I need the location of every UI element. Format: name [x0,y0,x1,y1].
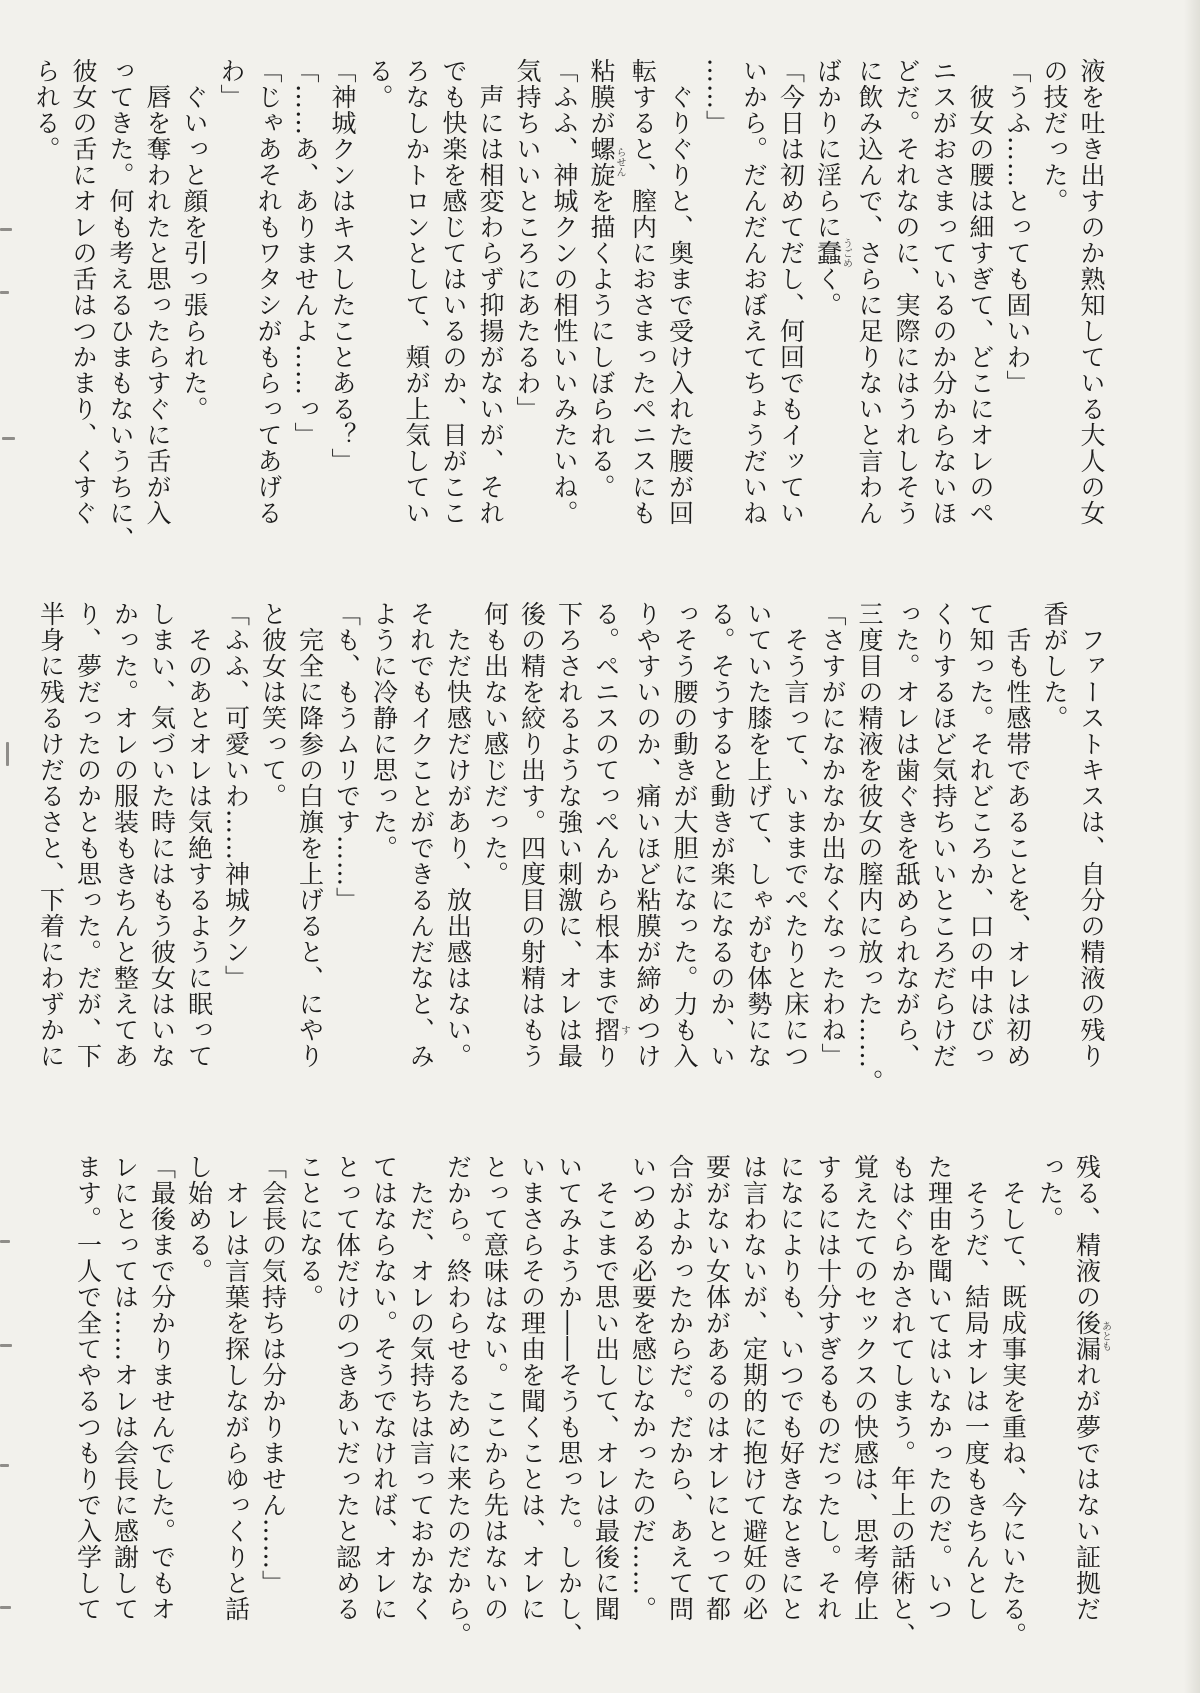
text-column: そこまで思い出して、オレは最後に聞 [588,1154,625,1652]
text-column: てはならない。そうでなければ、オレに [366,1154,403,1626]
text-column: る。 [361,58,398,530]
text-column: 残る、精液の後漏あともれが夢ではない証拠だ [1069,1154,1111,1626]
text-column: オレは言葉を探しながらゆっくりと話 [218,1154,255,1652]
text-column: いてみようか――そうも思った。しかし、 [551,1154,588,1626]
text-column: 「……あ、ありませんよ……っ」 [287,58,324,530]
text-column: ぐいっと顔を引っ張られた。 [176,58,213,556]
text-column: になによりも、いつでも好きなときにと [773,1154,810,1626]
text-column: ……」 [699,58,736,530]
scan-artifact [2,437,15,440]
text-column: 下ろされるような強い刺激に、オレは最 [551,601,588,1073]
text-column: り、夢だったのかとも思った。だが、下 [70,601,107,1073]
text-column: ばかりに淫らに蠢うごめく。 [810,58,852,530]
furigana-annotation: 後漏あとも [1073,1310,1102,1362]
text-column: 「も、もうムリです……」 [329,601,366,1073]
text-column: ニスがおさまっているのか分からないほ [925,58,962,530]
text-column: そのあとオレは気絶するように眠って [181,601,218,1099]
text-column: 香がした。 [1036,601,1073,1073]
text-column: 声には相変わらず抑揚がないが、それ [472,58,509,556]
text-column: 「ふふ、神城クンの相性いいみたいね。 [546,58,583,530]
text-column: だから。終わらせるために来たのだから。 [440,1154,477,1626]
scan-artifact [0,291,9,294]
text-column: 完全に降参の白旗を上げると、にやり [292,601,329,1099]
text-column: とって意味はない。ここから先はないの [477,1154,514,1626]
text-column: 唇を奪われたと思ったらすぐに舌が入 [139,58,176,556]
text-column: しまい、気づいた時にはもう彼女はいな [144,601,181,1073]
text-column: 半身に残るけだるさと、下着にわずかに [33,601,70,1073]
furigana-annotation: 摺す [592,1017,621,1043]
furigana-annotation: 蠢うごめ [814,240,843,266]
text-column: ってきた。何も考えるひまもないうちに、 [102,58,139,530]
text-column: するには十分すぎるものだったし。それ [810,1154,847,1626]
text-column: ろなしかトロンとして、頬が上気してい [398,58,435,530]
text-column: し始める。 [181,1154,218,1626]
text-column: そう言って、いままでぺたりと床につ [777,601,814,1099]
text-column: どだ。それなのに、実際にはうれしそう [888,58,925,530]
text-column: そして、既成事実を重ね、今にいたる。 [995,1154,1032,1652]
text-column: そうだ、結局オレは一度もきちんとし [958,1154,995,1652]
text-column: ファーストキスは、自分の精液の残り [1073,601,1110,1099]
text-column: かった。オレの服装もきちんと整えてあ [107,601,144,1073]
text-column: ように冷静に思った。 [366,601,403,1073]
text-column: もはぐらかされてしまう。年上の話術と、 [884,1154,921,1626]
text-column: 何も出ない感じだった。 [477,601,514,1073]
text-column: 後の精を絞り出す。四度目の射精はもう [514,601,551,1073]
text-column: と彼女は笑って。 [255,601,292,1073]
scan-artifact [0,1344,12,1347]
scan-artifact [0,228,12,231]
text-column: る。ペニスのてっぺんから根本まで摺すり [588,601,630,1073]
book-page: 液を吐き出すのか熟知している大人の女の技だった。「うふ……とっても固いわ」彼女の… [0,0,1200,1693]
text-column: 「ふふ、可愛いわ……神城クン」 [218,601,255,1073]
text-column: 「さすがになかなか出なくなったわね」 [814,601,851,1073]
text-band-top: 液を吐き出すのか熟知している大人の女の技だった。「うふ……とっても固いわ」彼女の… [28,58,1110,530]
text-column: の技だった。 [1036,58,1073,530]
text-column: ただ、オレの気持ちは言っておかなく [403,1154,440,1652]
text-column: 合がよかったからだ。だから、あえて問 [662,1154,699,1626]
text-band-middle: ファーストキスは、自分の精液の残り香がした。舌も性感帯であることを、オレは初めて… [33,601,1111,1073]
scan-artifact [0,1464,9,1467]
text-band-bottom: 残る、精液の後漏あともれが夢ではない証拠だった。そして、既成事実を重ね、今にいた… [70,1154,1111,1626]
text-column: 彼女の腰は細すぎて、どこにオレのペ [962,58,999,556]
page-edge-shading [1184,0,1200,1693]
text-column: 液を吐き出すのか熟知している大人の女 [1073,58,1110,530]
scan-artifact [0,1240,10,1243]
text-column: わ」 [213,58,250,530]
scan-artifact [0,1606,11,1609]
furigana-annotation: 螺旋らせん [587,136,616,188]
text-column: 要がない女体があるのはオレにとって都 [699,1154,736,1626]
text-column: っそう腰の動きが大胆になった。力も入 [666,601,703,1073]
text-column: は言わないが、定期的に抱けて避妊の必 [736,1154,773,1626]
text-column: いつめる必要を感じなかったのだ……。 [625,1154,662,1626]
text-column: レにとっては……オレは会長に感謝して [107,1154,144,1626]
text-column: る。そうすると動きが楽になるのか、い [703,601,740,1073]
text-column: た理由を聞いてはいなかったのだ。いつ [921,1154,958,1626]
text-column: ぐりぐりと、奥まで受け入れた腰が回 [662,58,699,556]
text-column: いまさらその理由を聞くことは、オレに [514,1154,551,1626]
text-column: 「今日は初めてだし、何回でもイッてい [773,58,810,530]
text-column: 気持ちいいところにあたるわ」 [509,58,546,530]
text-column: くりするほど気持ちいいところだらけだ [925,601,962,1073]
text-column: った。オレは歯ぐきを舐められながら、 [888,601,925,1073]
text-column: とって体だけのつきあいだったと認める [329,1154,366,1626]
text-column: に飲み込んで、さらに足りないと言わん [851,58,888,530]
text-column: られる。 [28,58,65,530]
text-column: りやすいのか、痛いほど粘膜が締めつけ [629,601,666,1073]
text-column: 覚えたてのセックスの快感は、思考停止 [847,1154,884,1626]
text-column: ことになる。 [292,1154,329,1626]
text-column: でも快楽を感じてはいるのか、目がここ [435,58,472,530]
text-column: 「会長の気持ちは分かりません……」 [255,1154,292,1626]
text-column: 転すると、膣内におさまったペニスにも [625,58,662,530]
scan-artifact [6,742,9,766]
text-column: いていた膝を上げて、しゃがむ体勢にな [740,601,777,1073]
text-column: ます。一人で全てやるつもりで入学して [70,1154,107,1626]
text-column: 「うふ……とっても固いわ」 [999,58,1036,530]
text-column: った。 [1032,1154,1069,1626]
text-column: 「最後まで分かりませんでした。でもオ [144,1154,181,1626]
text-column: 「神城クンはキスしたことある？」 [324,58,361,530]
text-column: ただ快感だけがあり、放出感はない。 [440,601,477,1099]
text-column: 「じゃあそれもワタシがもらってあげる [250,58,287,530]
text-column: 粘膜が螺旋らせんを描くようにしぼられる。 [583,58,625,530]
text-column: 舌も性感帯であることを、オレは初め [999,601,1036,1099]
text-column: いから。だんだんおぼえてちょうだいね [736,58,773,530]
text-column: て知った。それどころか、口の中はびっ [962,601,999,1073]
text-column: それでもイクことができるんだなと、み [403,601,440,1073]
text-column: 彼女の舌にオレの舌はつかまり、くすぐ [65,58,102,530]
text-column: 三度目の精液を彼女の膣内に放った……。 [851,601,888,1073]
